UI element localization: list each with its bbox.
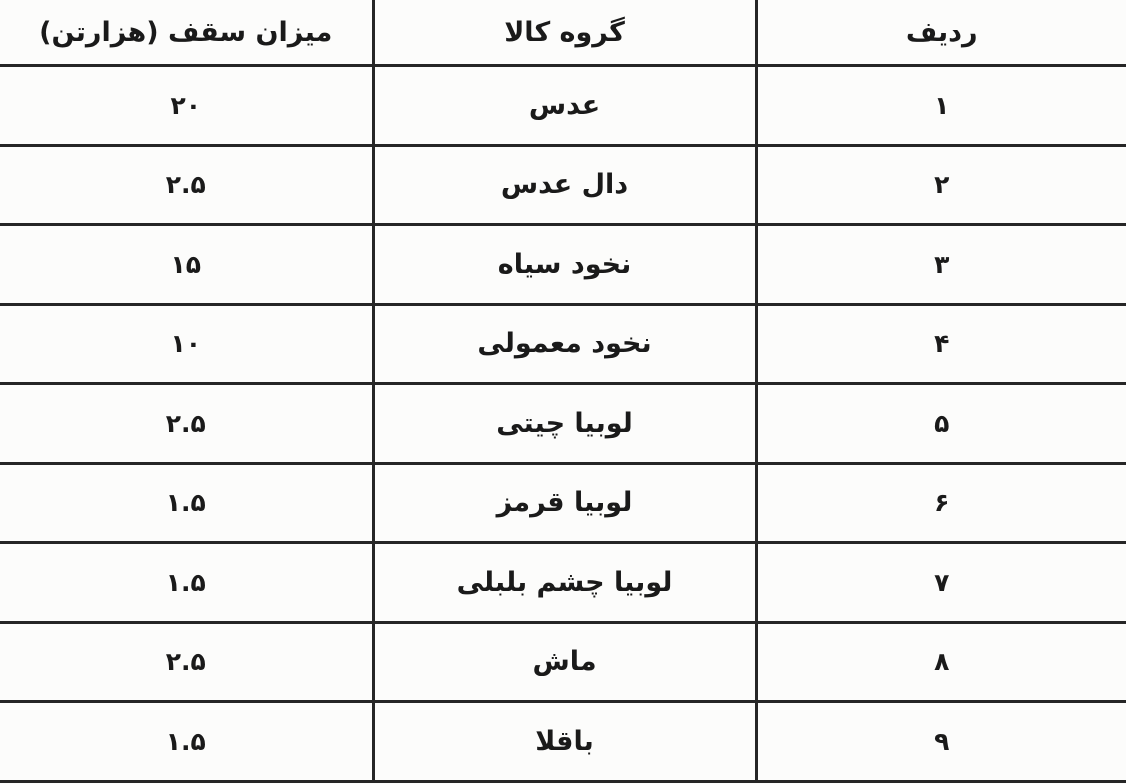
cell-radif: ۵ [756, 384, 1126, 464]
header-cell-radif: ردیف [756, 0, 1126, 66]
cell-ceiling: ۱.۵ [0, 702, 373, 782]
table-header-row: ردیف گروه کالا میزان سقف (هزارتن) [0, 0, 1126, 66]
cell-group: لوبیا چیتی [373, 384, 756, 464]
table-row: ۴ نخود معمولی ۱۰ [0, 304, 1126, 384]
table-row: ۵ لوبیا چیتی ۲.۵ [0, 384, 1126, 464]
cell-ceiling: ۲۰ [0, 66, 373, 146]
cell-ceiling: ۱.۵ [0, 543, 373, 623]
table-row: ۷ لوبیا چشم بلبلی ۱.۵ [0, 543, 1126, 623]
table-row: ۱ عدس ۲۰ [0, 66, 1126, 146]
cell-ceiling: ۱.۵ [0, 463, 373, 543]
header-cell-group: گروه کالا [373, 0, 756, 66]
cell-group: ماش [373, 622, 756, 702]
cell-group: باقلا [373, 702, 756, 782]
cell-radif: ۳ [756, 225, 1126, 305]
cell-radif: ۹ [756, 702, 1126, 782]
cell-ceiling: ۲.۵ [0, 622, 373, 702]
goods-ceiling-table: ردیف گروه کالا میزان سقف (هزارتن) ۱ عدس … [0, 0, 1126, 783]
cell-ceiling: ۲.۵ [0, 384, 373, 464]
scanned-document-page: ردیف گروه کالا میزان سقف (هزارتن) ۱ عدس … [0, 0, 1126, 784]
table-body: ۱ عدس ۲۰ ۲ دال عدس ۲.۵ ۳ نخود سیاه ۱۵ ۴ … [0, 66, 1126, 782]
table-row: ۸ ماش ۲.۵ [0, 622, 1126, 702]
cell-ceiling: ۱۰ [0, 304, 373, 384]
header-cell-ceiling: میزان سقف (هزارتن) [0, 0, 373, 66]
cell-group: لوبیا قرمز [373, 463, 756, 543]
cell-radif: ۲ [756, 145, 1126, 225]
cell-group: نخود سیاه [373, 225, 756, 305]
cell-radif: ۷ [756, 543, 1126, 623]
cell-radif: ۱ [756, 66, 1126, 146]
cell-group: نخود معمولی [373, 304, 756, 384]
cell-radif: ۴ [756, 304, 1126, 384]
table-row: ۹ باقلا ۱.۵ [0, 702, 1126, 782]
cell-radif: ۸ [756, 622, 1126, 702]
cell-group: دال عدس [373, 145, 756, 225]
table-row: ۲ دال عدس ۲.۵ [0, 145, 1126, 225]
table-row: ۳ نخود سیاه ۱۵ [0, 225, 1126, 305]
cell-radif: ۶ [756, 463, 1126, 543]
cell-ceiling: ۲.۵ [0, 145, 373, 225]
cell-group: عدس [373, 66, 756, 146]
table-row: ۶ لوبیا قرمز ۱.۵ [0, 463, 1126, 543]
cell-ceiling: ۱۵ [0, 225, 373, 305]
cell-group: لوبیا چشم بلبلی [373, 543, 756, 623]
